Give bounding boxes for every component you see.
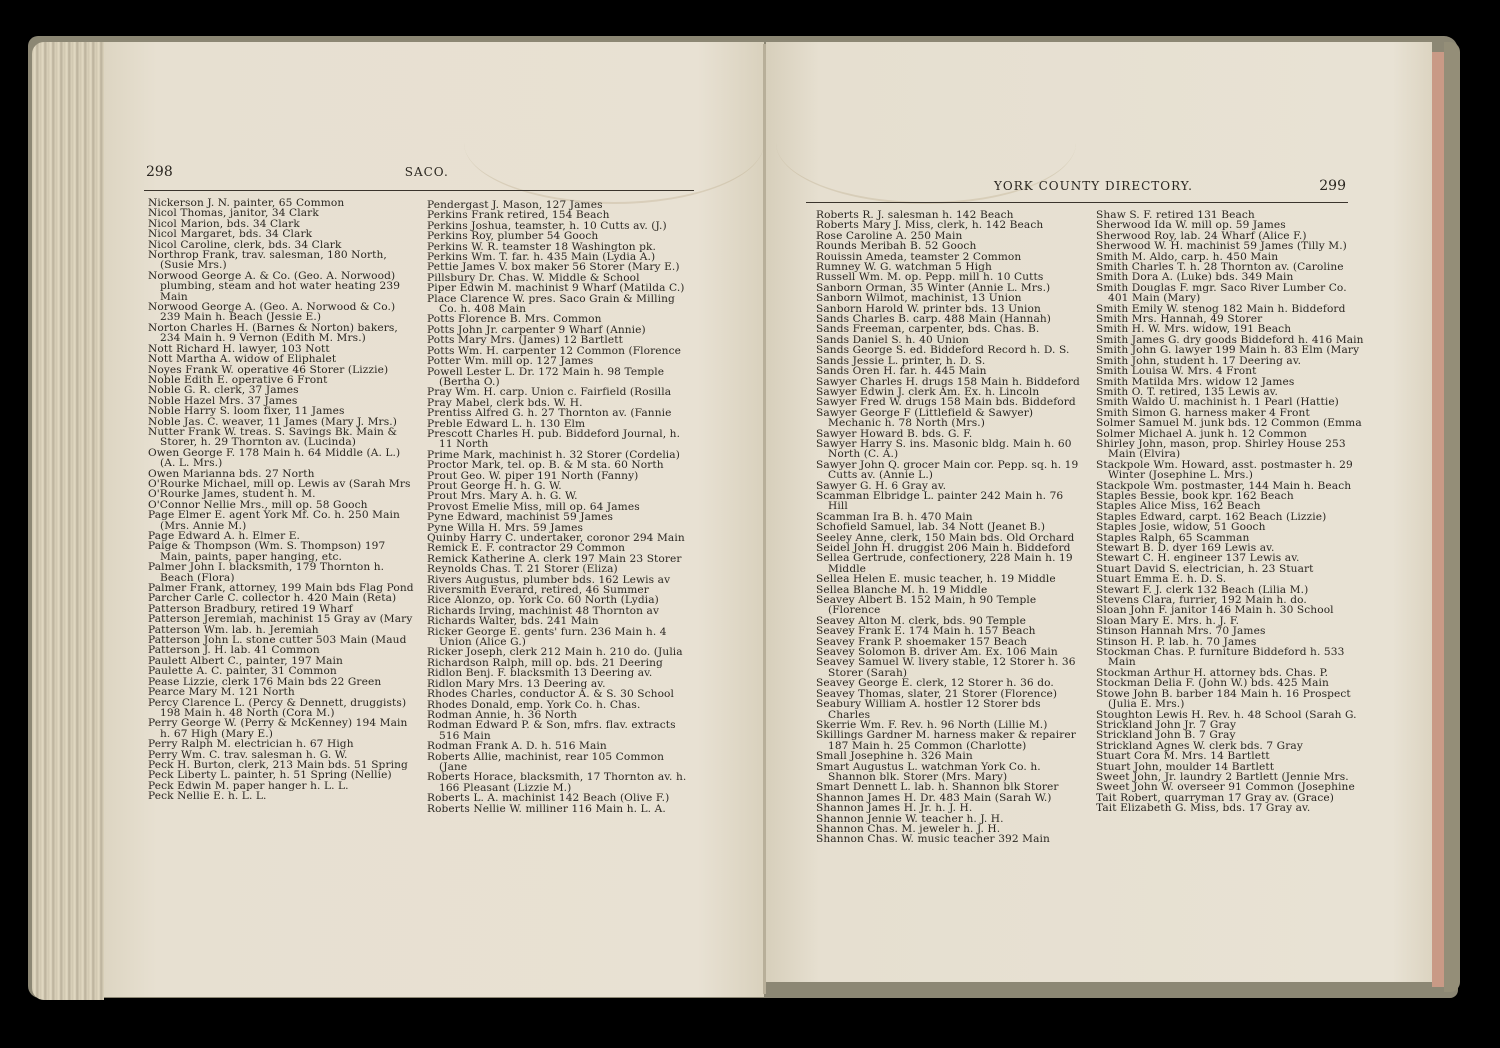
right-column-1: Roberts R. J. salesman h. 142 BeachRober… [816,210,1086,845]
directory-entry: Sands Oren H. far. h. 445 Main [816,366,1086,376]
directory-entry: Prescott Charles H. pub. Biddeford Journ… [427,429,695,450]
page-stack-left-edge [32,42,104,1000]
directory-entry: Powell Lester L. Dr. 172 Main h. 98 Temp… [427,367,695,388]
running-head: SACO. [405,165,449,179]
directory-entry: Rhodes Charles, conductor A. & S. 30 Sch… [427,689,695,699]
page-edge-right-colored [1432,52,1444,987]
directory-entry: Page Elmer E. agent York Mf. Co. h. 250 … [148,510,416,531]
directory-entry: Peck Nellie E. h. L. L. [148,791,416,801]
right-page-header: YORK COUNTY DIRECTORY. 299 [806,178,1346,194]
directory-entry: Smart Augustus L. watchman York Co. h. S… [816,762,1086,783]
directory-entry: Skillings Gardner M. harness maker & rep… [816,730,1086,751]
left-column-2: Pendergast J. Mason, 127 JamesPerkins Fr… [427,200,695,814]
left-page: 298 SACO. Nickerson J. N. painter, 65 Co… [104,42,764,997]
directory-entry: Rodman Edward P. & Son, mfrs. flav. extr… [427,720,695,741]
directory-entry: Sawyer John Q. grocer Main cor. Pepp. sq… [816,460,1086,481]
directory-entry: Stuart Cora M. Mrs. 14 Bartlett [1096,751,1368,761]
right-page: YORK COUNTY DIRECTORY. 299 Roberts R. J.… [766,42,1432,982]
book-cover-right [1444,42,1460,992]
directory-entry: Owen George F. 178 Main h. 64 Middle (A.… [148,448,416,469]
directory-entry: Solmer Samuel M. junk bds. 12 Common (Em… [1096,418,1368,428]
directory-entry: Small Josephine h. 326 Main [816,751,1086,761]
directory-entry: Paige & Thompson (Wm. S. Thompson) 197 M… [148,541,416,562]
directory-entry: Nott Martha A. widow of Eliphalet [148,354,416,364]
directory-entry: Potter Wm. mill op. 127 James [427,356,695,366]
directory-entry: Roberts Nellie W. milliner 116 Main h. L… [427,804,695,814]
directory-entry: Smith Louisa W. Mrs. 4 Front [1096,366,1368,376]
directory-entry: Norton Charles H. (Barnes & Norton) bake… [148,323,416,344]
directory-entry: Roberts Horace, blacksmith, 17 Thornton … [427,772,695,793]
directory-entry: Norwood George A. (Geo. A. Norwood & Co.… [148,302,416,323]
directory-entry: Seavey Albert B. 152 Main, h 90 Temple (… [816,595,1086,616]
directory-entry: Nutter Frank W. treas. S. Savings Bk. Ma… [148,427,416,448]
directory-entry: Roberts L. A. machinist 142 Beach (Olive… [427,793,695,803]
water-stain [464,82,764,204]
directory-entry: Prentiss Alfred G. h. 27 Thornton av. (F… [427,408,695,418]
directory-entry: Scamman Elbridge L. painter 242 Main h. … [816,491,1086,512]
directory-entry: Pearce Mary M. 121 North [148,687,416,697]
directory-entry: Shannon James H. Jr. h. J. H. [816,803,1086,813]
left-column-1: Nickerson J. N. painter, 65 CommonNicol … [148,198,416,802]
directory-entry: Northrop Frank, trav. salesman, 180 Nort… [148,250,416,271]
running-head: YORK COUNTY DIRECTORY. [994,179,1193,193]
page-number: 299 [1319,178,1346,194]
directory-entry: Perry George W. (Perry & McKenney) 194 M… [148,718,416,739]
directory-entry: Palmer John I. blacksmith, 179 Thornton … [148,562,416,583]
directory-entry: Sawyer George F (Littlefield & Sawyer) M… [816,408,1086,429]
left-page-header: 298 SACO. [146,164,696,180]
directory-entry: Norwood George A. & Co. (Geo. A. Norwood… [148,271,416,302]
header-rule [806,202,1348,203]
directory-entry: Rodman Frank A. D. h. 516 Main [427,741,695,751]
directory-entry: Percy Clarence L. (Percy & Dennett, drug… [148,698,416,719]
directory-entry: Shannon Chas. W. music teacher 392 Main [816,834,1086,844]
directory-entry: Shirley John, mason, prop. Shirley House… [1096,439,1368,460]
directory-entry: Seavey Samuel W. livery stable, 12 Store… [816,657,1086,678]
directory-entry: Sellea Gertrude, confectionery, 228 Main… [816,553,1086,574]
header-rule [144,190,694,191]
directory-entry: Sawyer Harry S. ins. Masonic bldg. Main … [816,439,1086,460]
directory-entry: Stowe John B. barber 184 Main h. 16 Pros… [1096,689,1368,710]
directory-entry: Place Clarence W. pres. Saco Grain & Mil… [427,294,695,315]
directory-entry: Ricker George E. gents' furn. 236 Main h… [427,627,695,648]
directory-entry: Proctor Mark, tel. op. B. & M sta. 60 No… [427,460,695,470]
directory-entry: Perry Ralph M. electrician h. 67 High [148,739,416,749]
directory-entry: Smith Douglas F. mgr. Saco River Lumber … [1096,283,1368,304]
directory-entry: Tait Elizabeth G. Miss, bds. 17 Gray av. [1096,803,1368,813]
page-number: 298 [146,164,173,180]
directory-entry: Noble Harry S. loom fixer, 11 James [148,406,416,416]
directory-entry: Stockman Chas. P. furniture Biddeford h.… [1096,647,1368,668]
directory-entry: Seabury William A. hostler 12 Storer bds… [816,699,1086,720]
directory-entry: Stackpole Wm. Howard, asst. postmaster h… [1096,460,1368,481]
directory-entry: Roberts Allie, machinist, rear 105 Commo… [427,752,695,773]
right-column-2: Shaw S. F. retired 131 BeachSherwood Ida… [1096,210,1368,814]
